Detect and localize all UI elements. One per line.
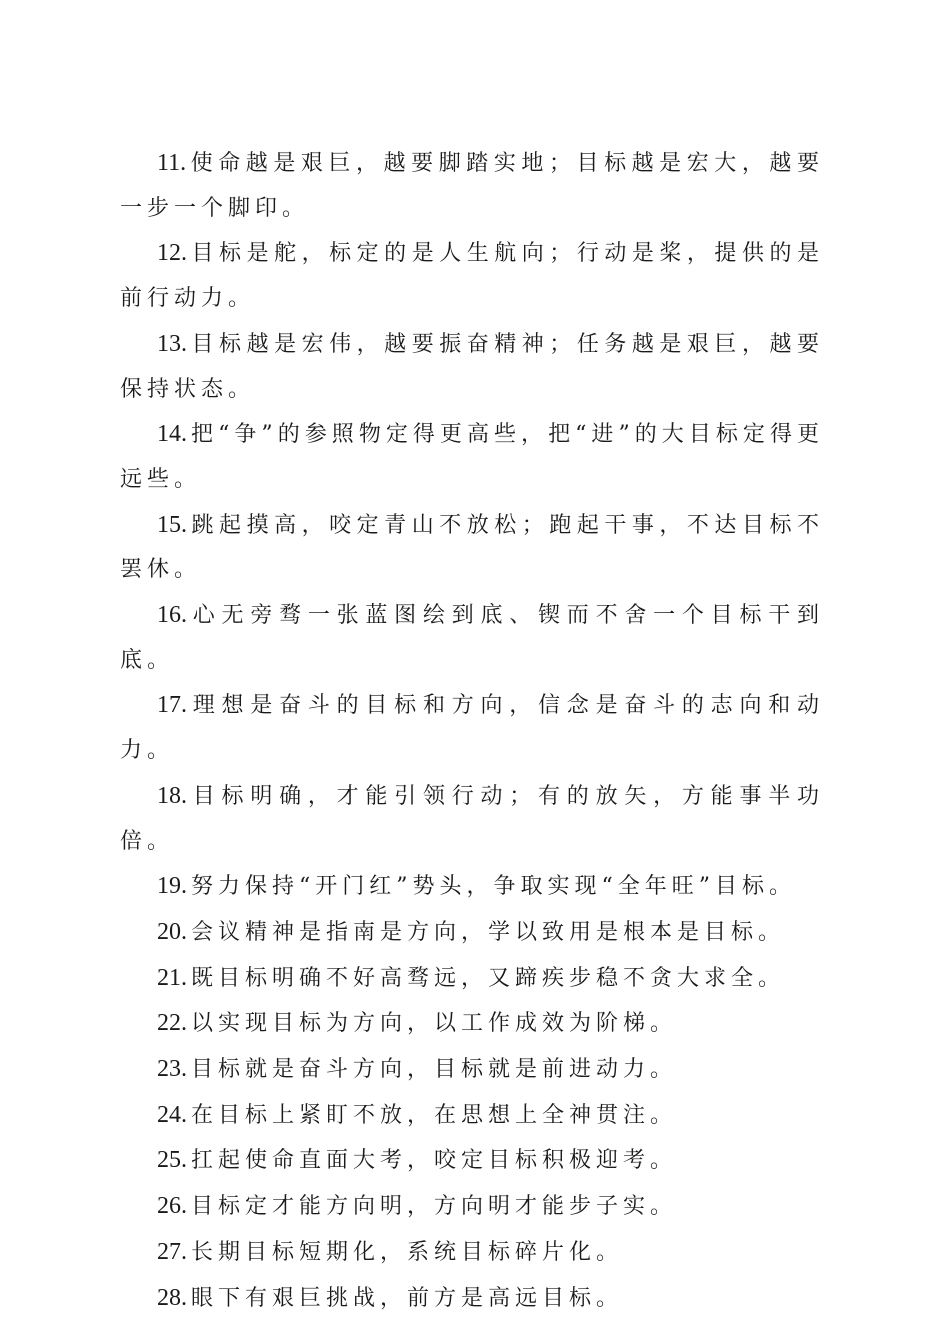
list-item-24: 24.在目标上紧盯不放，在思想上全神贯注。 <box>120 1093 824 1139</box>
list-item-12: 12.目标是舵，标定的是人生航向；行动是桨，提供的是前行动力。 <box>120 231 824 321</box>
item-text: 跳起摸高，咬定青山不放松；跑起干事，不达目标不罢休。 <box>120 513 824 583</box>
list-item-20: 20.会议精神是指南是方向，学以致用是根本是目标。 <box>120 910 824 956</box>
item-number: 24. <box>157 1102 187 1128</box>
document-page: 11.使命越是艰巨，越要脚踏实地；目标越是宏大，越要一步一个脚印。 12.目标是… <box>120 141 824 1321</box>
list-item-23: 23.目标就是奋斗方向，目标就是前进动力。 <box>120 1047 824 1093</box>
item-text: 努力保持“开门红”势头，争取实现“全年旺”目标。 <box>191 874 796 899</box>
item-number: 22. <box>157 1010 187 1036</box>
list-item-27: 27.长期目标短期化，系统目标碎片化。 <box>120 1230 824 1276</box>
item-text: 长期目标短期化，系统目标碎片化。 <box>191 1240 623 1265</box>
item-number: 20. <box>157 919 187 945</box>
item-text: 眼下有艰巨挑战，前方是高远目标。 <box>191 1286 623 1311</box>
item-text: 目标明确，才能引领行动；有的放矢，方能事半功倍。 <box>120 784 824 854</box>
list-item-19: 19.努力保持“开门红”势头，争取实现“全年旺”目标。 <box>120 864 824 910</box>
item-number: 27. <box>157 1239 187 1265</box>
item-number: 18. <box>157 783 187 809</box>
item-text: 心无旁骛一张蓝图绘到底、锲而不舍一个目标干到底。 <box>120 603 824 673</box>
item-text: 既目标明确不好高骛远，又蹄疾步稳不贪大求全。 <box>191 966 785 991</box>
item-text: 在目标上紧盯不放，在思想上全神贯注。 <box>191 1103 677 1128</box>
item-text: 理想是奋斗的目标和方向，信念是奋斗的志向和动力。 <box>120 693 824 763</box>
item-number: 23. <box>157 1056 187 1082</box>
item-number: 28. <box>157 1285 187 1311</box>
list-item-28: 28.眼下有艰巨挑战，前方是高远目标。 <box>120 1276 824 1322</box>
item-number: 25. <box>157 1147 187 1173</box>
item-number: 12. <box>157 240 187 266</box>
item-number: 17. <box>157 692 187 718</box>
item-text: 以实现目标为方向，以工作成效为阶梯。 <box>191 1011 677 1036</box>
item-text: 目标是舵，标定的是人生航向；行动是桨，提供的是前行动力。 <box>120 241 824 311</box>
list-item-13: 13.目标越是宏伟，越要振奋精神；任务越是艰巨，越要保持状态。 <box>120 322 824 412</box>
item-number: 21. <box>157 965 187 991</box>
item-text: 目标定才能方向明，方向明才能步子实。 <box>191 1194 677 1219</box>
item-number: 14. <box>157 421 187 447</box>
list-item-21: 21.既目标明确不好高骛远，又蹄疾步稳不贪大求全。 <box>120 956 824 1002</box>
list-item-26: 26.目标定才能方向明，方向明才能步子实。 <box>120 1184 824 1230</box>
list-item-14: 14.把“争”的参照物定得更高些，把“进”的大目标定得更远些。 <box>120 412 824 502</box>
item-number: 13. <box>157 331 187 357</box>
item-number: 26. <box>157 1193 187 1219</box>
item-text: 扛起使命直面大考，咬定目标积极迎考。 <box>191 1148 677 1173</box>
list-item-25: 25.扛起使命直面大考，咬定目标积极迎考。 <box>120 1138 824 1184</box>
list-item-22: 22.以实现目标为方向，以工作成效为阶梯。 <box>120 1001 824 1047</box>
item-text: 目标就是奋斗方向，目标就是前进动力。 <box>191 1057 677 1082</box>
list-item-16: 16.心无旁骛一张蓝图绘到底、锲而不舍一个目标干到底。 <box>120 593 824 683</box>
list-item-18: 18.目标明确，才能引领行动；有的放矢，方能事半功倍。 <box>120 774 824 864</box>
item-text: 把“争”的参照物定得更高些，把“进”的大目标定得更远些。 <box>120 422 824 492</box>
item-number: 11. <box>157 150 186 176</box>
item-text: 使命越是艰巨，越要脚踏实地；目标越是宏大，越要一步一个脚印。 <box>120 151 824 221</box>
item-number: 16. <box>157 602 187 628</box>
list-item-15: 15.跳起摸高，咬定青山不放松；跑起干事，不达目标不罢休。 <box>120 503 824 593</box>
list-item-17: 17.理想是奋斗的目标和方向，信念是奋斗的志向和动力。 <box>120 683 824 773</box>
item-text: 会议精神是指南是方向，学以致用是根本是目标。 <box>191 920 785 945</box>
item-text: 目标越是宏伟，越要振奋精神；任务越是艰巨，越要保持状态。 <box>120 332 824 402</box>
item-number: 15. <box>157 512 187 538</box>
list-item-11: 11.使命越是艰巨，越要脚踏实地；目标越是宏大，越要一步一个脚印。 <box>120 141 824 231</box>
item-number: 19. <box>157 873 187 899</box>
